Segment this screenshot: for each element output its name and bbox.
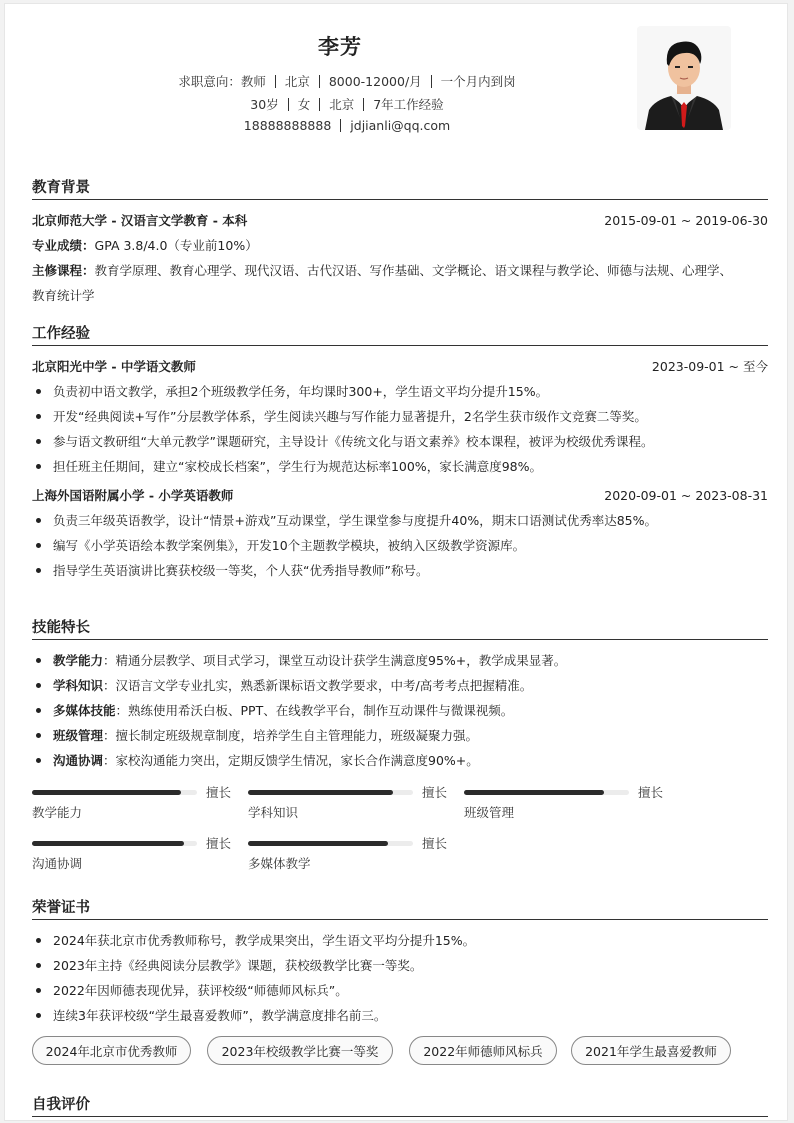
skill-bars: 擅长 教学能力 擅长 学科知识 擅长 班级管理 擅长 沟通协调 擅长 多 [32, 783, 768, 883]
honor-tag: 2022年师德师风标兵 [409, 1036, 557, 1065]
skill-name: 多媒体教学 [248, 854, 311, 872]
skill-label: 多媒体技能 [53, 703, 116, 718]
separator [431, 75, 432, 88]
skill-bar: 擅长 教学能力 [28, 783, 233, 828]
list-item: 教学能力：精通分层教学、项目式学习，课堂互动设计获学生满意度95%+，教学成果显… [32, 648, 768, 673]
education-entry: 北京师范大学 - 汉语言文学教育 - 本科 2015-09-01 ~ 2019-… [32, 208, 768, 233]
list-item: 编写《小学英语绘本教学案例集》，开发10个主题教学模块，被纳入区级教学资源库。 [32, 533, 768, 558]
separator [363, 98, 364, 111]
location: 北京 [329, 97, 354, 112]
gpa-value: GPA 3.8/4.0（专业前10%） [95, 238, 258, 253]
courses-row: 主修课程：教育学原理、教育心理学、现代汉语、古代汉语、写作基础、文学概论、语文课… [32, 258, 768, 283]
skill-name: 学科知识 [248, 803, 298, 821]
list-item: 担任班主任期间，建立“家校成长档案”，学生行为规范达标率100%，家长满意度98… [32, 454, 768, 479]
courses-value: 教育学原理、教育心理学、现代汉语、古代汉语、写作基础、文学概论、语文课程与教学论… [95, 263, 733, 278]
intent-city: 北京 [285, 74, 310, 89]
education-dates: 2015-09-01 ~ 2019-06-30 [604, 208, 768, 233]
resume-page: 李芳 求职意向：教师北京8000-12000/月一个月内到岗 30岁女北京7年工… [4, 3, 788, 1121]
phone: 18888888888 [244, 118, 331, 133]
self-evaluation-section: 自我评价 [32, 1093, 768, 1117]
courses-value-continued: 教育统计学 [32, 288, 95, 303]
separator [319, 98, 320, 111]
job-header: 北京阳光中学 - 中学语文教师 2023-09-01 ~ 至今 [32, 354, 768, 379]
gender: 女 [298, 97, 311, 112]
progress-track [32, 841, 197, 846]
experience-years: 7年工作经验 [373, 97, 443, 112]
skill-name: 沟通协调 [32, 854, 82, 872]
job-bullets: 负责三年级英语教学，设计“情景+游戏”互动课堂，学生课堂参与度提升40%，期末口… [32, 508, 768, 583]
progress-fill [32, 841, 184, 846]
skill-level: 擅长 [422, 783, 447, 801]
age: 30岁 [250, 97, 278, 112]
progress-fill [248, 790, 393, 795]
honors-list: 2024年获北京市优秀教师称号，教学成果突出，学生语文平均分提升15%。 202… [32, 928, 768, 1028]
skill-name: 班级管理 [464, 803, 514, 821]
skill-label: 学科知识 [53, 678, 103, 693]
job-dates: 2023-09-01 ~ 至今 [652, 354, 768, 379]
intent-availability: 一个月内到岗 [441, 74, 516, 89]
progress-track [32, 790, 197, 795]
section-title: 教育背景 [32, 176, 768, 200]
skill-bar: 擅长 学科知识 [244, 783, 449, 828]
progress-track [248, 841, 413, 846]
skill-level: 擅长 [638, 783, 663, 801]
resume-header: 李芳 求职意向：教师北京8000-12000/月一个月内到岗 30岁女北京7年工… [5, 4, 787, 154]
progress-fill [248, 841, 388, 846]
progress-track [464, 790, 629, 795]
list-item: 班级管理：擅长制定班级规章制度，培养学生自主管理能力，班级凝聚力强。 [32, 723, 768, 748]
skill-bar: 擅长 沟通协调 [28, 834, 233, 879]
honor-tag: 2024年北京市优秀教师 [32, 1036, 191, 1065]
avatar [637, 26, 731, 130]
list-item: 沟通协调：家校沟通能力突出，定期反馈学生情况，家长合作满意度90%+。 [32, 748, 768, 773]
progress-fill [464, 790, 604, 795]
separator [288, 98, 289, 111]
honor-tags: 2024年北京市优秀教师 2023年校级教学比赛一等奖 2022年师德师风标兵 … [32, 1036, 768, 1070]
honors-section: 荣誉证书 2024年获北京市优秀教师称号，教学成果突出，学生语文平均分提升15%… [32, 896, 768, 1070]
skill-text: ：熟练使用希沃白板、PPT、在线教学平台，制作互动课件与微课视频。 [116, 703, 514, 718]
email: jdjianli@qq.com [350, 118, 450, 133]
skills-list: 教学能力：精通分层教学、项目式学习，课堂互动设计获学生满意度95%+，教学成果显… [32, 648, 768, 773]
skill-text: ：擅长制定班级规章制度，培养学生自主管理能力，班级凝聚力强。 [103, 728, 478, 743]
skill-level: 擅长 [206, 783, 231, 801]
intent-position: 教师 [241, 74, 266, 89]
section-title: 技能特长 [32, 616, 768, 640]
basic-info-line: 30岁女北京7年工作经验 [5, 95, 689, 113]
honor-tag: 2021年学生最喜爱教师 [571, 1036, 731, 1065]
skill-text: ：精通分层教学、项目式学习，课堂互动设计获学生满意度95%+，教学成果显著。 [103, 653, 566, 668]
section-title: 自我评价 [32, 1093, 768, 1117]
progress-fill [32, 790, 181, 795]
skill-label: 班级管理 [53, 728, 103, 743]
job-intent-line: 求职意向：教师北京8000-12000/月一个月内到岗 [5, 72, 689, 90]
progress-track [248, 790, 413, 795]
skill-label: 沟通协调 [53, 753, 103, 768]
gpa-label: 专业成绩： [32, 238, 95, 253]
job-header: 上海外国语附属小学 - 小学英语教师 2020-09-01 ~ 2023-08-… [32, 483, 768, 508]
job-dates: 2020-09-01 ~ 2023-08-31 [604, 483, 768, 508]
intent-label: 求职意向： [178, 74, 241, 89]
job-bullets: 负责初中语文教学，承担2个班级教学任务，年均课时300+，学生语文平均分提升15… [32, 379, 768, 479]
candidate-name: 李芳 [5, 31, 655, 61]
list-item: 2022年因师德表现优异，获评校级“师德师风标兵”。 [32, 978, 768, 1003]
list-item: 负责初中语文教学，承担2个班级教学任务，年均课时300+，学生语文平均分提升15… [32, 379, 768, 404]
courses-label: 主修课程： [32, 263, 95, 278]
school-degree: 北京师范大学 - 汉语言文学教育 - 本科 [32, 213, 247, 228]
list-item: 负责三年级英语教学，设计“情景+游戏”互动课堂，学生课堂参与度提升40%，期末口… [32, 508, 768, 533]
gpa-row: 专业成绩：GPA 3.8/4.0（专业前10%） [32, 233, 768, 258]
list-item: 多媒体技能：熟练使用希沃白板、PPT、在线教学平台，制作互动课件与微课视频。 [32, 698, 768, 723]
list-item: 指导学生英语演讲比赛获校级一等奖，个人获“优秀指导教师”称号。 [32, 558, 768, 583]
list-item: 2023年主持《经典阅读分层教学》课题，获校级教学比赛一等奖。 [32, 953, 768, 978]
list-item: 连续3年获评校级“学生最喜爱教师”，教学满意度排名前三。 [32, 1003, 768, 1028]
list-item: 学科知识：汉语言文学专业扎实，熟悉新课标语文教学要求，中考/高考考点把握精准。 [32, 673, 768, 698]
section-title: 荣誉证书 [32, 896, 768, 920]
job-org-role: 上海外国语附属小学 - 小学英语教师 [32, 488, 233, 503]
skill-bar: 擅长 班级管理 [460, 783, 665, 828]
separator [340, 119, 341, 132]
skill-bar: 擅长 多媒体教学 [244, 834, 449, 879]
skill-level: 擅长 [206, 834, 231, 852]
intent-salary: 8000-12000/月 [329, 74, 422, 89]
job-org-role: 北京阳光中学 - 中学语文教师 [32, 359, 196, 374]
honor-tag: 2023年校级教学比赛一等奖 [207, 1036, 393, 1065]
skill-name: 教学能力 [32, 803, 82, 821]
list-item: 开发“经典阅读+写作”分层教学体系，学生阅读兴趣与写作能力显著提升，2名学生获市… [32, 404, 768, 429]
list-item: 参与语文教研组“大单元教学”课题研究，主导设计《传统文化与语文素养》校本课程，被… [32, 429, 768, 454]
education-section: 教育背景 北京师范大学 - 汉语言文学教育 - 本科 2015-09-01 ~ … [32, 176, 768, 308]
list-item: 2024年获北京市优秀教师称号，教学成果突出，学生语文平均分提升15%。 [32, 928, 768, 953]
section-title: 工作经验 [32, 322, 768, 346]
skill-text: ：家校沟通能力突出，定期反馈学生情况，家长合作满意度90%+。 [103, 753, 479, 768]
work-section: 工作经验 北京阳光中学 - 中学语文教师 2023-09-01 ~ 至今 负责初… [32, 322, 768, 583]
skills-section: 技能特长 教学能力：精通分层教学、项目式学习，课堂互动设计获学生满意度95%+，… [32, 616, 768, 883]
separator [319, 75, 320, 88]
contact-line: 18888888888jdjianli@qq.com [5, 118, 689, 133]
avatar-illustration-icon [637, 26, 731, 130]
skill-level: 擅长 [422, 834, 447, 852]
courses-row-continued: 教育统计学 [32, 283, 768, 308]
separator [275, 75, 276, 88]
skill-label: 教学能力 [53, 653, 103, 668]
skill-text: ：汉语言文学专业扎实，熟悉新课标语文教学要求，中考/高考考点把握精准。 [103, 678, 532, 693]
